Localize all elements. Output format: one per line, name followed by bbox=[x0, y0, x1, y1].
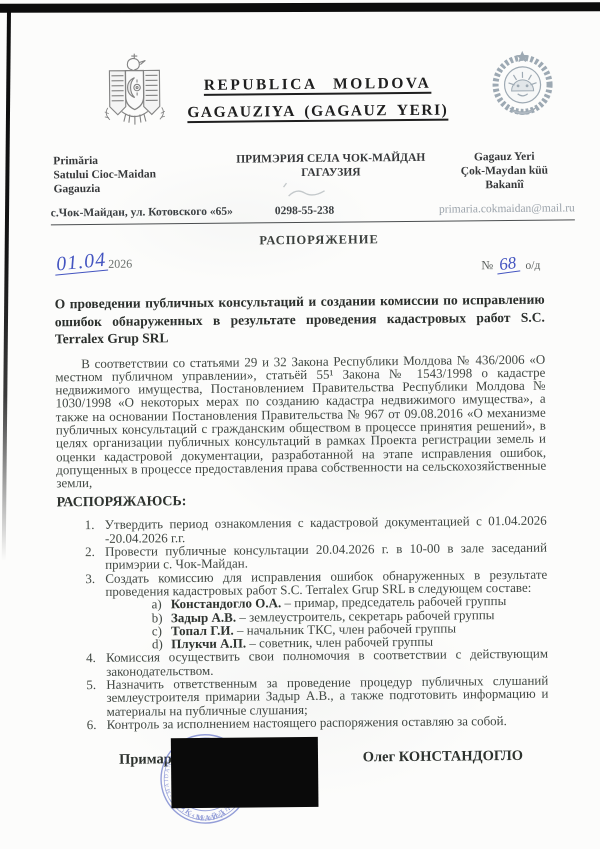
order-heading: РАСПОРЯЖАЮСЬ: bbox=[56, 491, 546, 512]
member-mark: a) bbox=[151, 598, 167, 611]
item-text: Назначить ответственным за проведение пр… bbox=[106, 674, 548, 718]
email-text: primaria.cokmaidan@mail.ru bbox=[439, 202, 575, 215]
order-item-3: 3. Создать комиссию для исправления ошиб… bbox=[85, 567, 548, 651]
document-body: О проведении публичных консультаций и со… bbox=[55, 291, 549, 732]
item-number: 6. bbox=[87, 718, 107, 731]
commission-members-list: a) Констандогло О.А. – примар, председат… bbox=[151, 594, 547, 651]
item-number: 3. bbox=[85, 572, 106, 652]
document-sheet: REPUBLICA MOLDOVA GAGAUZIYA (GAGAUZ YERI… bbox=[0, 0, 600, 849]
org-name-gagauz: Gagauz Yeri Çok-Maydan küü Bakanîî bbox=[440, 149, 568, 192]
member-mark: b) bbox=[152, 611, 168, 624]
order-list: 1. Утвердить период ознакомления с кадас… bbox=[57, 514, 549, 731]
contact-row: с.Чок-Майдан, ул. Котовского «65» 0298-5… bbox=[51, 202, 575, 225]
address-text: с.Чок-Майдан, ул. Котовского «65» bbox=[51, 206, 233, 220]
org-ro-line3: Gagauzia bbox=[53, 181, 221, 197]
org-ru-line2: ГАГАУЗИЯ bbox=[221, 165, 440, 181]
pencil-mark-artifact bbox=[279, 180, 331, 204]
order-item-5: 5. Назначить ответственным за проведение… bbox=[86, 674, 548, 718]
number-label: № bbox=[481, 258, 493, 272]
org-gag-line2: Çok-Maydan küü bbox=[440, 163, 568, 178]
org-gag-line3: Bakanîî bbox=[440, 177, 568, 192]
item-number: 2. bbox=[85, 545, 105, 572]
org-gag-line1: Gagauz Yeri bbox=[440, 149, 568, 164]
org-ru-line1: ПРИМЭРИЯ СЕЛА ЧОК-МАЙДАН bbox=[221, 151, 440, 167]
handwritten-number: 68 bbox=[495, 255, 520, 275]
item-number: 1. bbox=[85, 518, 105, 545]
number-suffix: о/д bbox=[525, 260, 540, 272]
item-number: 5. bbox=[86, 678, 106, 718]
gagauzia-emblem-icon bbox=[487, 50, 558, 119]
item-number: 4. bbox=[86, 651, 106, 678]
handwritten-date: 01.04 bbox=[53, 250, 108, 276]
scanned-document-page: REPUBLICA MOLDOVA GAGAUZIYA (GAGAUZ YERI… bbox=[0, 0, 600, 849]
document-number-group: № 68 о/д bbox=[481, 256, 540, 274]
document-title: О проведении публичных консультаций и со… bbox=[55, 291, 545, 348]
preamble-paragraph: В соответствии со статьями 29 и 32 Закон… bbox=[55, 352, 546, 490]
signature-name: Олег КОНСТАНДОГЛО bbox=[363, 748, 523, 767]
date-number-row: 01.042026 № 68 о/д bbox=[54, 248, 554, 287]
phone-text: 0298-55-238 bbox=[275, 205, 335, 218]
printed-year: 2026 bbox=[108, 257, 132, 271]
org-name-romanian: Primăria Satului Cioc-Maidan Gagauzia bbox=[53, 153, 221, 197]
redaction-box bbox=[171, 737, 319, 808]
